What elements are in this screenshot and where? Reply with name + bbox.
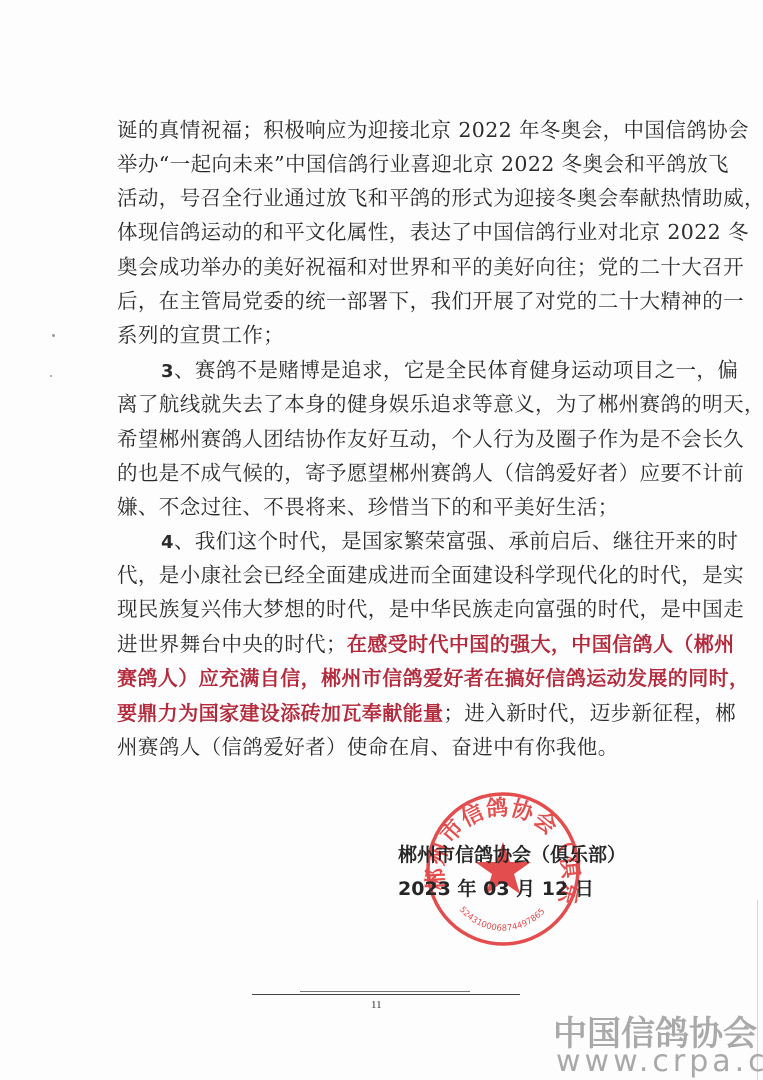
highlighted-text: 要鼎力为国家建设添砖加瓦奉献能量 — [117, 701, 443, 725]
text-line: 州赛鸽人（信鸽爱好者）使命在肩、奋进中有你我他。 — [117, 735, 619, 759]
text-span: ；进入新时代，迈步新征程，郴 — [443, 701, 736, 725]
signature-date: 2023 年 03 月 12 日 — [398, 874, 594, 901]
text-line: 代，是小康社会已经全面建成进而全面建设科学现代化的时代，是实 — [117, 563, 744, 587]
document-page: 诞的真情祝福；积极响应为迎接北京 2022 年冬奥会，中国信鸽协会 举办“一起向… — [0, 0, 763, 1080]
stamp-code: 524310006874497865 — [457, 905, 548, 934]
signature-organization: 郴州市信鸽协会（俱乐部） — [398, 840, 626, 867]
official-stamp: 郴州市信鸽协会（俱乐部） 524310006874497865 — [424, 790, 582, 948]
paragraph-4-first-line: 4、我们这个时代，是国家繁荣富强、承前启后、继往开来的时 — [161, 529, 738, 555]
text-line: 赛鸽人）应充满自信，郴州市信鸽爱好者在搞好信鸽运动发展的同时， — [117, 666, 749, 690]
text-span: 、我们这个时代，是国家繁荣富强、承前启后、继往开来的时 — [174, 529, 738, 553]
watermark-url: www.crpa.cn — [556, 1044, 763, 1079]
paragraph-3-first-line: 3、赛鸽不是赌博是追求，它是全民体育健身运动项目之一，偏 — [161, 358, 738, 384]
text-line: 嫌、不念过往、不畏将来、珍惜当下的和平美好生活； — [117, 495, 619, 519]
svg-text:524310006874497865: 524310006874497865 — [457, 905, 548, 934]
page-number: 11 — [371, 999, 382, 1011]
text-line: 系列的宣贯工作； — [117, 323, 284, 347]
text-span: 、赛鸽不是赌博是追求，它是全民体育健身运动项目之一，偏 — [174, 358, 738, 382]
footer-rule — [252, 994, 520, 995]
paragraph-number: 3 — [161, 361, 174, 382]
text-line: 希望郴州赛鸽人团结协作友好互动，个人行为及圈子作为是不会长久 — [117, 427, 744, 451]
footer-rule — [300, 991, 470, 992]
highlighted-text: 赛鸽人）应充满自信，郴州市信鸽爱好者在搞好信鸽运动发展的同时， — [117, 666, 749, 690]
paragraph-number: 4 — [161, 532, 174, 553]
text-line: 要鼎力为国家建设添砖加瓦奉献能量；进入新时代，迈步新征程，郴 — [117, 701, 736, 725]
text-line: 现民族复兴伟大梦想的时代，是中华民族走向富强的时代，是中国走 — [117, 597, 744, 621]
text-line: 的也是不成气候的，寄予愿望郴州赛鸽人（信鸽爱好者）应要不计前 — [117, 461, 744, 485]
margin-dot — [50, 375, 52, 377]
text-line: 举办“一起向未来”中国信鸽行业喜迎北京 2022 冬奥会和平鸽放飞 — [117, 152, 729, 176]
text-line: 进世界舞台中央的时代；在感受时代中国的强大，中国信鸽人（郴州 — [117, 632, 735, 656]
margin-dot — [52, 334, 55, 337]
text-line: 离了航线就失去了本身的健身娱乐追求等意义，为了郴州赛鸽的明天， — [117, 392, 763, 416]
text-line: 诞的真情祝福；积极响应为迎接北京 2022 年冬奥会，中国信鸽协会 — [117, 118, 749, 142]
text-line: 后，在主管局党委的统一部署下，我们开展了对党的二十大精神的一 — [117, 289, 744, 313]
text-span: 进世界舞台中央的时代； — [117, 632, 347, 656]
text-line: 奥会成功举办的美好祝福和对世界和平的美好向往；党的二十大召开 — [117, 255, 744, 279]
highlighted-text: 在感受时代中国的强大，中国信鸽人（郴州 — [347, 632, 735, 656]
text-line: 体现信鸽运动的和平文化属性，表达了中国信鸽行业对北京 2022 冬 — [117, 220, 749, 244]
text-line: 活动，号召全行业通过放飞和平鸽的形式为迎接冬奥会奉献热情助威， — [117, 186, 763, 210]
